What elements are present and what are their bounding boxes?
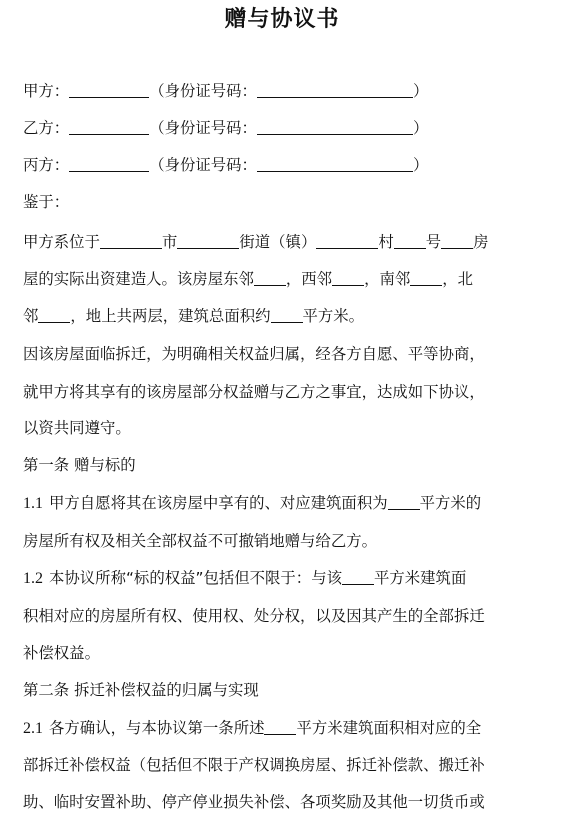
recital-line-3: 邻，地上共两层，建筑总面积约平方米。: [23, 306, 543, 326]
close-paren: ）: [413, 156, 428, 174]
clause-1-2-line-1: 1.2本协议所称“标的权益”包括但不限于：与该平方米建筑面: [23, 568, 543, 589]
text: 房: [473, 233, 488, 251]
text: 甲方系位于: [23, 233, 100, 251]
party-jia-line: 甲方：（身份证号码：）: [23, 81, 543, 101]
id-label: （身份证号码：: [149, 82, 257, 100]
id-label: （身份证号码：: [149, 156, 257, 174]
village-blank[interactable]: [316, 233, 378, 249]
party-bing-name-blank[interactable]: [69, 156, 149, 172]
text: ，北: [442, 270, 473, 288]
party-jia-id-blank[interactable]: [257, 82, 413, 98]
text: 平方米。: [303, 307, 365, 325]
room-blank[interactable]: [441, 233, 473, 249]
text: 平方米建筑面: [374, 569, 466, 587]
party-label: 丙方：: [23, 156, 69, 174]
text: 平方米的: [420, 494, 482, 512]
document-page: 赠与协议书 甲方：（身份证号码：） 乙方：（身份证号码：） 丙方：（身份证号码：…: [0, 0, 564, 822]
party-label: 甲方：: [23, 82, 69, 100]
subject-area-blank[interactable]: [342, 569, 374, 585]
street-blank[interactable]: [177, 233, 239, 249]
id-label: （身份证号码：: [149, 119, 257, 137]
north-neighbor-blank[interactable]: [38, 307, 70, 323]
party-yi-id-blank[interactable]: [257, 119, 413, 135]
text: 本协议所称“标的权益”包括但不限于：与该: [49, 569, 342, 587]
number-blank[interactable]: [394, 233, 426, 249]
clause-number: 2.1: [23, 720, 43, 737]
text: 甲方自愿将其在该房屋中享有的、对应建筑面积为: [49, 494, 388, 512]
party-label: 乙方：: [23, 119, 69, 137]
party-yi-line: 乙方：（身份证号码：）: [23, 118, 543, 138]
clause-number: 1.1: [23, 495, 43, 512]
text: 街道（镇）: [239, 233, 316, 251]
article-1-heading: 第一条 赠与标的: [23, 455, 543, 475]
text: 邻: [23, 307, 38, 325]
text: 平方米建筑面积相对应的全: [296, 719, 481, 737]
clause-number: 1.2: [23, 570, 43, 587]
article-2-heading: 第二条 拆迁补偿权益的归属与实现: [23, 680, 543, 700]
clause-2-1-line-2: 部拆迁补偿权益（包括但不限于产权调换房屋、拆迁补偿款、搬迁补: [23, 755, 543, 775]
compensation-area-blank[interactable]: [264, 719, 296, 735]
west-neighbor-blank[interactable]: [332, 270, 364, 286]
text: 号: [426, 233, 441, 251]
clause-2-1-line-3: 助、临时安置补助、停产停业损失补偿、各项奖励及其他一切货币或: [23, 792, 543, 812]
east-neighbor-blank[interactable]: [254, 270, 286, 286]
city-blank[interactable]: [100, 233, 162, 249]
recital-para2-line-2: 就甲方将其享有的该房屋部分权益赠与乙方之事宜，达成如下协议，: [23, 382, 543, 402]
text: ，南邻: [364, 270, 410, 288]
party-bing-line: 丙方：（身份证号码：）: [23, 155, 543, 175]
recital-para2-line-1: 因该房屋面临拆迁，为明确相关权益归属，经各方自愿、平等协商，: [23, 344, 543, 364]
text: 村: [378, 233, 393, 251]
recital-line-1: 甲方系位于市街道（镇）村号房: [23, 232, 543, 252]
party-bing-id-blank[interactable]: [257, 156, 413, 172]
text: 屋的实际出资建造人。该房屋东邻: [23, 270, 254, 288]
document-title: 赠与协议书: [0, 2, 564, 33]
text: 市: [162, 233, 177, 251]
text: ，西邻: [286, 270, 332, 288]
text: 各方确认，与本协议第一条所述: [49, 719, 264, 737]
clause-2-1-line-1: 2.1各方确认，与本协议第一条所述平方米建筑面积相对应的全: [23, 718, 543, 739]
total-area-blank[interactable]: [271, 307, 303, 323]
clause-1-2-line-2: 积相对应的房屋所有权、使用权、处分权，以及因其产生的全部拆迁: [23, 606, 543, 626]
south-neighbor-blank[interactable]: [410, 270, 442, 286]
gift-area-blank[interactable]: [388, 494, 420, 510]
close-paren: ）: [413, 119, 428, 137]
whereas-label: 鉴于：: [23, 192, 543, 212]
recital-para2-line-3: 以资共同遵守。: [23, 418, 543, 438]
party-yi-name-blank[interactable]: [69, 119, 149, 135]
text: ，地上共两层，建筑总面积约: [70, 307, 270, 325]
close-paren: ）: [413, 82, 428, 100]
clause-1-1-line-2: 房屋所有权及相关全部权益不可撤销地赠与给乙方。: [23, 531, 543, 551]
clause-1-1-line-1: 1.1甲方自愿将其在该房屋中享有的、对应建筑面积为平方米的: [23, 493, 543, 514]
clause-1-2-line-3: 补偿权益。: [23, 643, 543, 663]
recital-line-2: 屋的实际出资建造人。该房屋东邻，西邻，南邻，北: [23, 269, 543, 289]
party-jia-name-blank[interactable]: [69, 82, 149, 98]
